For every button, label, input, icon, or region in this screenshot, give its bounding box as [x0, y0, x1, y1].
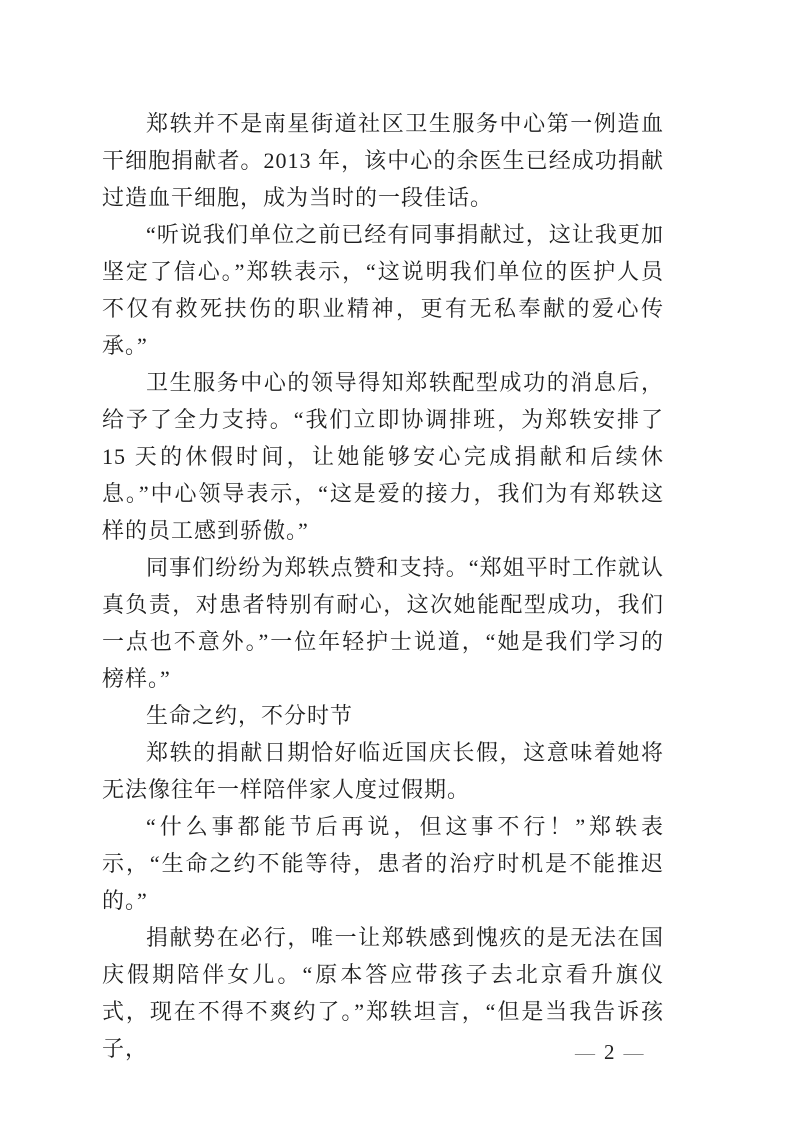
- paragraph: 郑轶的捐献日期恰好临近国庆长假，这意味着她将无法像往年一样陪伴家人度过假期。: [102, 734, 664, 808]
- paragraph: “什么事都能节后再说，但这事不行！”郑轶表示，“生命之约不能等待，患者的治疗时机…: [102, 808, 664, 919]
- paragraph: “听说我们单位之前已经有同事捐献过，这让我更加坚定了信心。”郑轶表示，“这说明我…: [102, 216, 664, 364]
- paragraph: 郑轶并不是南星街道社区卫生服务中心第一例造血干细胞捐献者。2013 年，该中心的…: [102, 105, 664, 216]
- page-number-dash-right: —: [624, 1043, 644, 1063]
- document-body: 郑轶并不是南星街道社区卫生服务中心第一例造血干细胞捐献者。2013 年，该中心的…: [102, 105, 664, 1067]
- page-number-value: 2: [604, 1040, 615, 1065]
- page-number-dash-left: —: [575, 1043, 595, 1063]
- document-page: 郑轶并不是南星街道社区卫生服务中心第一例造血干细胞捐献者。2013 年，该中心的…: [0, 0, 793, 1122]
- paragraph: 同事们纷纷为郑轶点赞和支持。“郑姐平时工作就认真负责，对患者特别有耐心，这次她能…: [102, 549, 664, 697]
- section-subtitle: 生命之约，不分时节: [102, 697, 664, 734]
- paragraph: 卫生服务中心的领导得知郑轶配型成功的消息后，给予了全力支持。“我们立即协调排班，…: [102, 364, 664, 549]
- page-number: — 2 —: [575, 1040, 644, 1065]
